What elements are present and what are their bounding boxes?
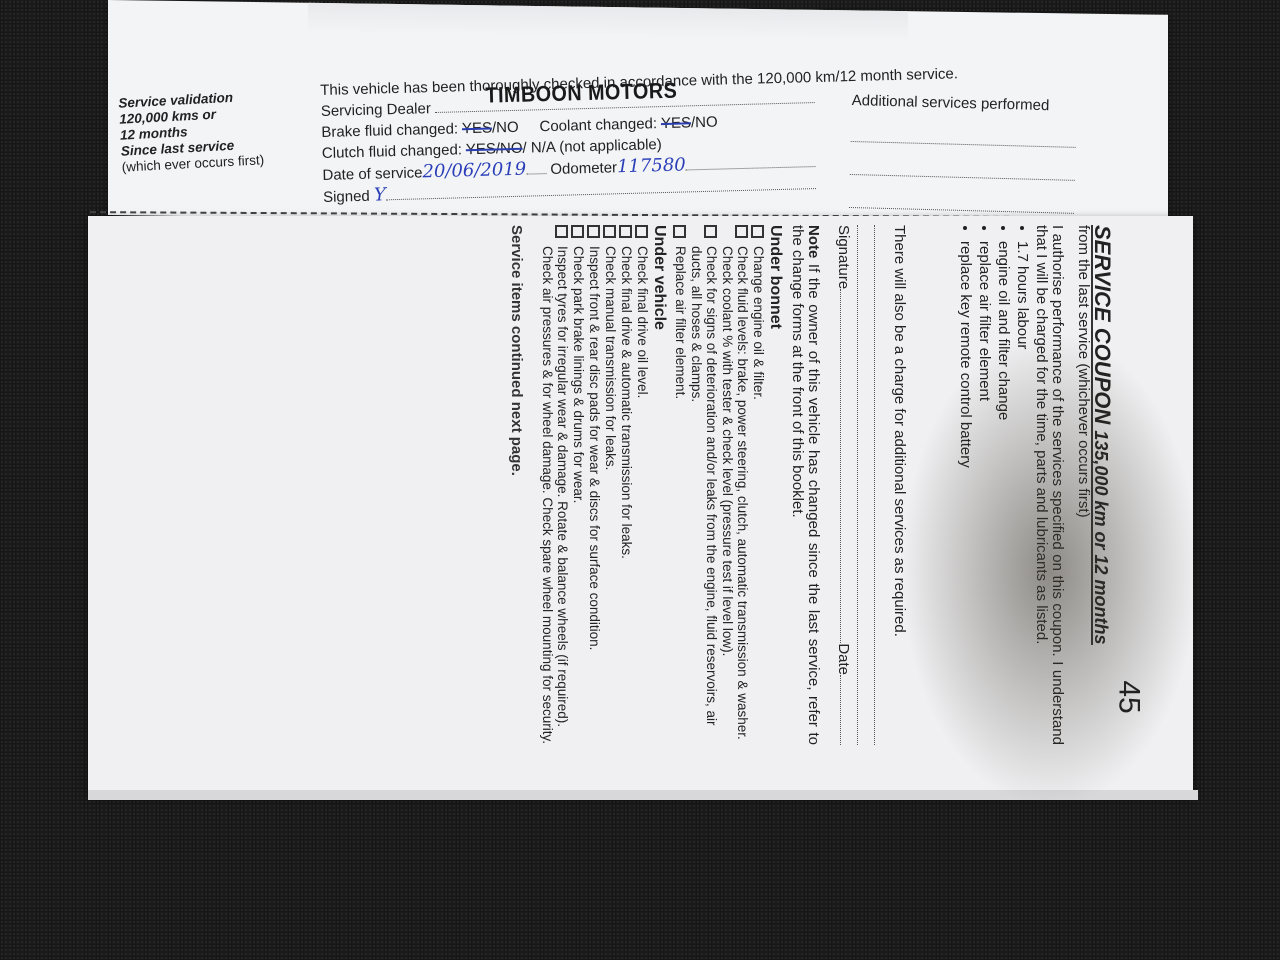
checklist-item[interactable]: Check final drive & automatic transmissi… <box>619 225 634 745</box>
clutch-fluid-label: Clutch fluid changed: <box>322 141 462 162</box>
clutch-na-option[interactable]: / N/A (not applicable) <box>522 136 662 157</box>
checklist-text: Inspect front & rear disc pads for wear … <box>587 246 602 650</box>
continued-note: Service items continued next page. <box>508 225 524 745</box>
brake-fluid-label: Brake fluid changed: <box>321 120 458 141</box>
coolant-yes-option[interactable]: YES <box>661 114 691 132</box>
checkbox-icon[interactable] <box>555 225 568 238</box>
service-validation-note: Service validation 120,000 kms or 12 mon… <box>118 88 265 175</box>
under-bonnet-heading: Under bonnet <box>767 225 783 745</box>
under-vehicle-heading: Under vehicle <box>651 225 667 745</box>
odometer-label: Odometer <box>550 159 617 178</box>
checklist-item[interactable]: Inspect front & rear disc pads for wear … <box>587 225 602 745</box>
clutch-yes-no-option[interactable]: YES/NO <box>466 140 523 158</box>
additional-line[interactable] <box>857 225 868 745</box>
additional-services-line[interactable] <box>850 166 1075 181</box>
checkbox-icon[interactable] <box>704 225 717 238</box>
signature-field[interactable]: Y <box>374 184 386 205</box>
checklist-text: Replace air filter element. <box>673 246 688 399</box>
signature-label: Signature <box>835 225 851 289</box>
checkbox-icon[interactable] <box>735 225 748 238</box>
service-record-form: This vehicle has been thoroughly checked… <box>320 66 863 208</box>
checkbox-icon[interactable] <box>619 225 632 238</box>
checklist-item[interactable]: Change engine oil & filter. <box>751 225 766 745</box>
checklist-item[interactable]: Check park brake linings & drums for wea… <box>571 225 586 745</box>
checklist-item[interactable]: Check final drive oil level. <box>635 225 650 745</box>
additional-line[interactable] <box>874 225 885 745</box>
checkbox-icon[interactable] <box>635 225 648 238</box>
date-of-service-label: Date of service <box>322 164 422 184</box>
checklist-item[interactable]: Replace air filter element. <box>673 225 688 745</box>
checklist-text: Check fluid levels: brake, power steerin… <box>720 246 750 745</box>
additional-services-line[interactable] <box>851 133 1076 148</box>
signed-label: Signed <box>323 188 370 206</box>
checkbox-icon[interactable] <box>603 225 616 238</box>
checkbox-icon[interactable] <box>587 225 600 238</box>
signature-date-row: Signature Date <box>835 225 851 745</box>
checklist-text: Check final drive oil level. <box>635 246 650 398</box>
additional-services: Additional services performed <box>849 92 1082 214</box>
page-number: 45 <box>1112 680 1146 713</box>
checklist-text: Check park brake linings & drums for wea… <box>571 246 586 503</box>
note: Note If the owner of this vehicle has ch… <box>789 225 821 745</box>
checkbox-icon[interactable] <box>571 225 584 238</box>
checklist-text: Change engine oil & filter. <box>751 246 766 400</box>
date-of-service-field[interactable]: 20/06/2019 <box>422 159 526 183</box>
note-text: If the owner of this vehicle has changed… <box>789 225 822 745</box>
checklist-text: Check for signs of deterioration and/or … <box>689 246 719 745</box>
checklist-item[interactable]: Check for signs of deterioration and/or … <box>689 225 719 745</box>
hand-shadow <box>900 330 1200 810</box>
date-label: Date <box>835 643 851 675</box>
dealer-stamp: TIMBOON MOTORS <box>485 80 677 106</box>
checklist-text: Check final drive & automatic transmissi… <box>619 246 634 559</box>
checkbox-icon[interactable] <box>751 225 764 238</box>
signature-field[interactable] <box>840 289 851 643</box>
checklist-text: Inspect tyres for irregular wear & damag… <box>540 246 570 745</box>
note-label: Note <box>805 225 822 258</box>
checklist-item[interactable]: Inspect tyres for irregular wear & damag… <box>540 225 570 745</box>
brake-fluid-yes-option[interactable]: YES <box>462 120 492 138</box>
odometer-field[interactable]: 117580 <box>617 154 686 177</box>
checklist-item[interactable]: Check fluid levels: brake, power steerin… <box>720 225 750 745</box>
coolant-no-option[interactable]: /NO <box>691 114 718 132</box>
checklist-text: Check manual transmission for leaks. <box>603 246 618 470</box>
checkbox-icon[interactable] <box>673 225 686 238</box>
coolant-label: Coolant changed: <box>539 115 657 135</box>
brake-fluid-no-option[interactable]: /NO <box>492 119 519 137</box>
servicing-dealer-label: Servicing Dealer <box>321 100 431 120</box>
date-field[interactable] <box>840 675 851 745</box>
checklist-item[interactable]: Check manual transmission for leaks. <box>603 225 618 745</box>
